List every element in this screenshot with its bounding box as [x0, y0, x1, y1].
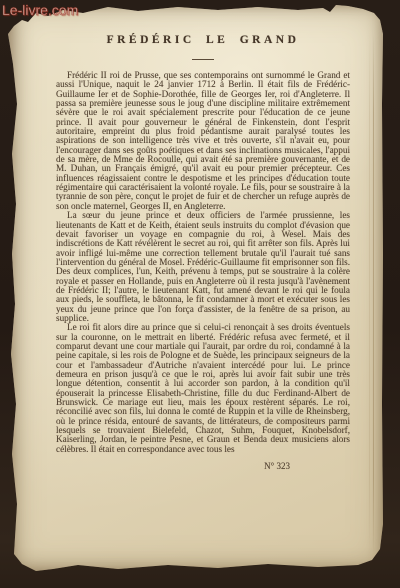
- page-title: FRÉDÉRIC LE GRAND: [56, 34, 350, 46]
- paragraph: La sœur du jeune prince et deux officier…: [56, 211, 350, 323]
- paragraph: Frédéric II roi de Prusse, que ses conte…: [56, 71, 350, 211]
- watermark-le-livre: Le-livre.com: [2, 2, 78, 18]
- page-edge-crease: [373, 34, 374, 556]
- page-content: FRÉDÉRIC LE GRAND Frédéric II roi de Pru…: [56, 34, 350, 471]
- book-scan-photo: FRÉDÉRIC LE GRAND Frédéric II roi de Pru…: [0, 0, 400, 588]
- page-edge-crease: [369, 34, 370, 556]
- article-body: Frédéric II roi de Prusse, que ses conte…: [56, 71, 350, 454]
- title-divider: [192, 59, 214, 60]
- paragraph: Le roi fit alors dire au prince que si c…: [56, 323, 350, 454]
- book-page: FRÉDÉRIC LE GRAND Frédéric II roi de Pru…: [8, 4, 384, 574]
- issue-number: N° 323: [56, 461, 350, 471]
